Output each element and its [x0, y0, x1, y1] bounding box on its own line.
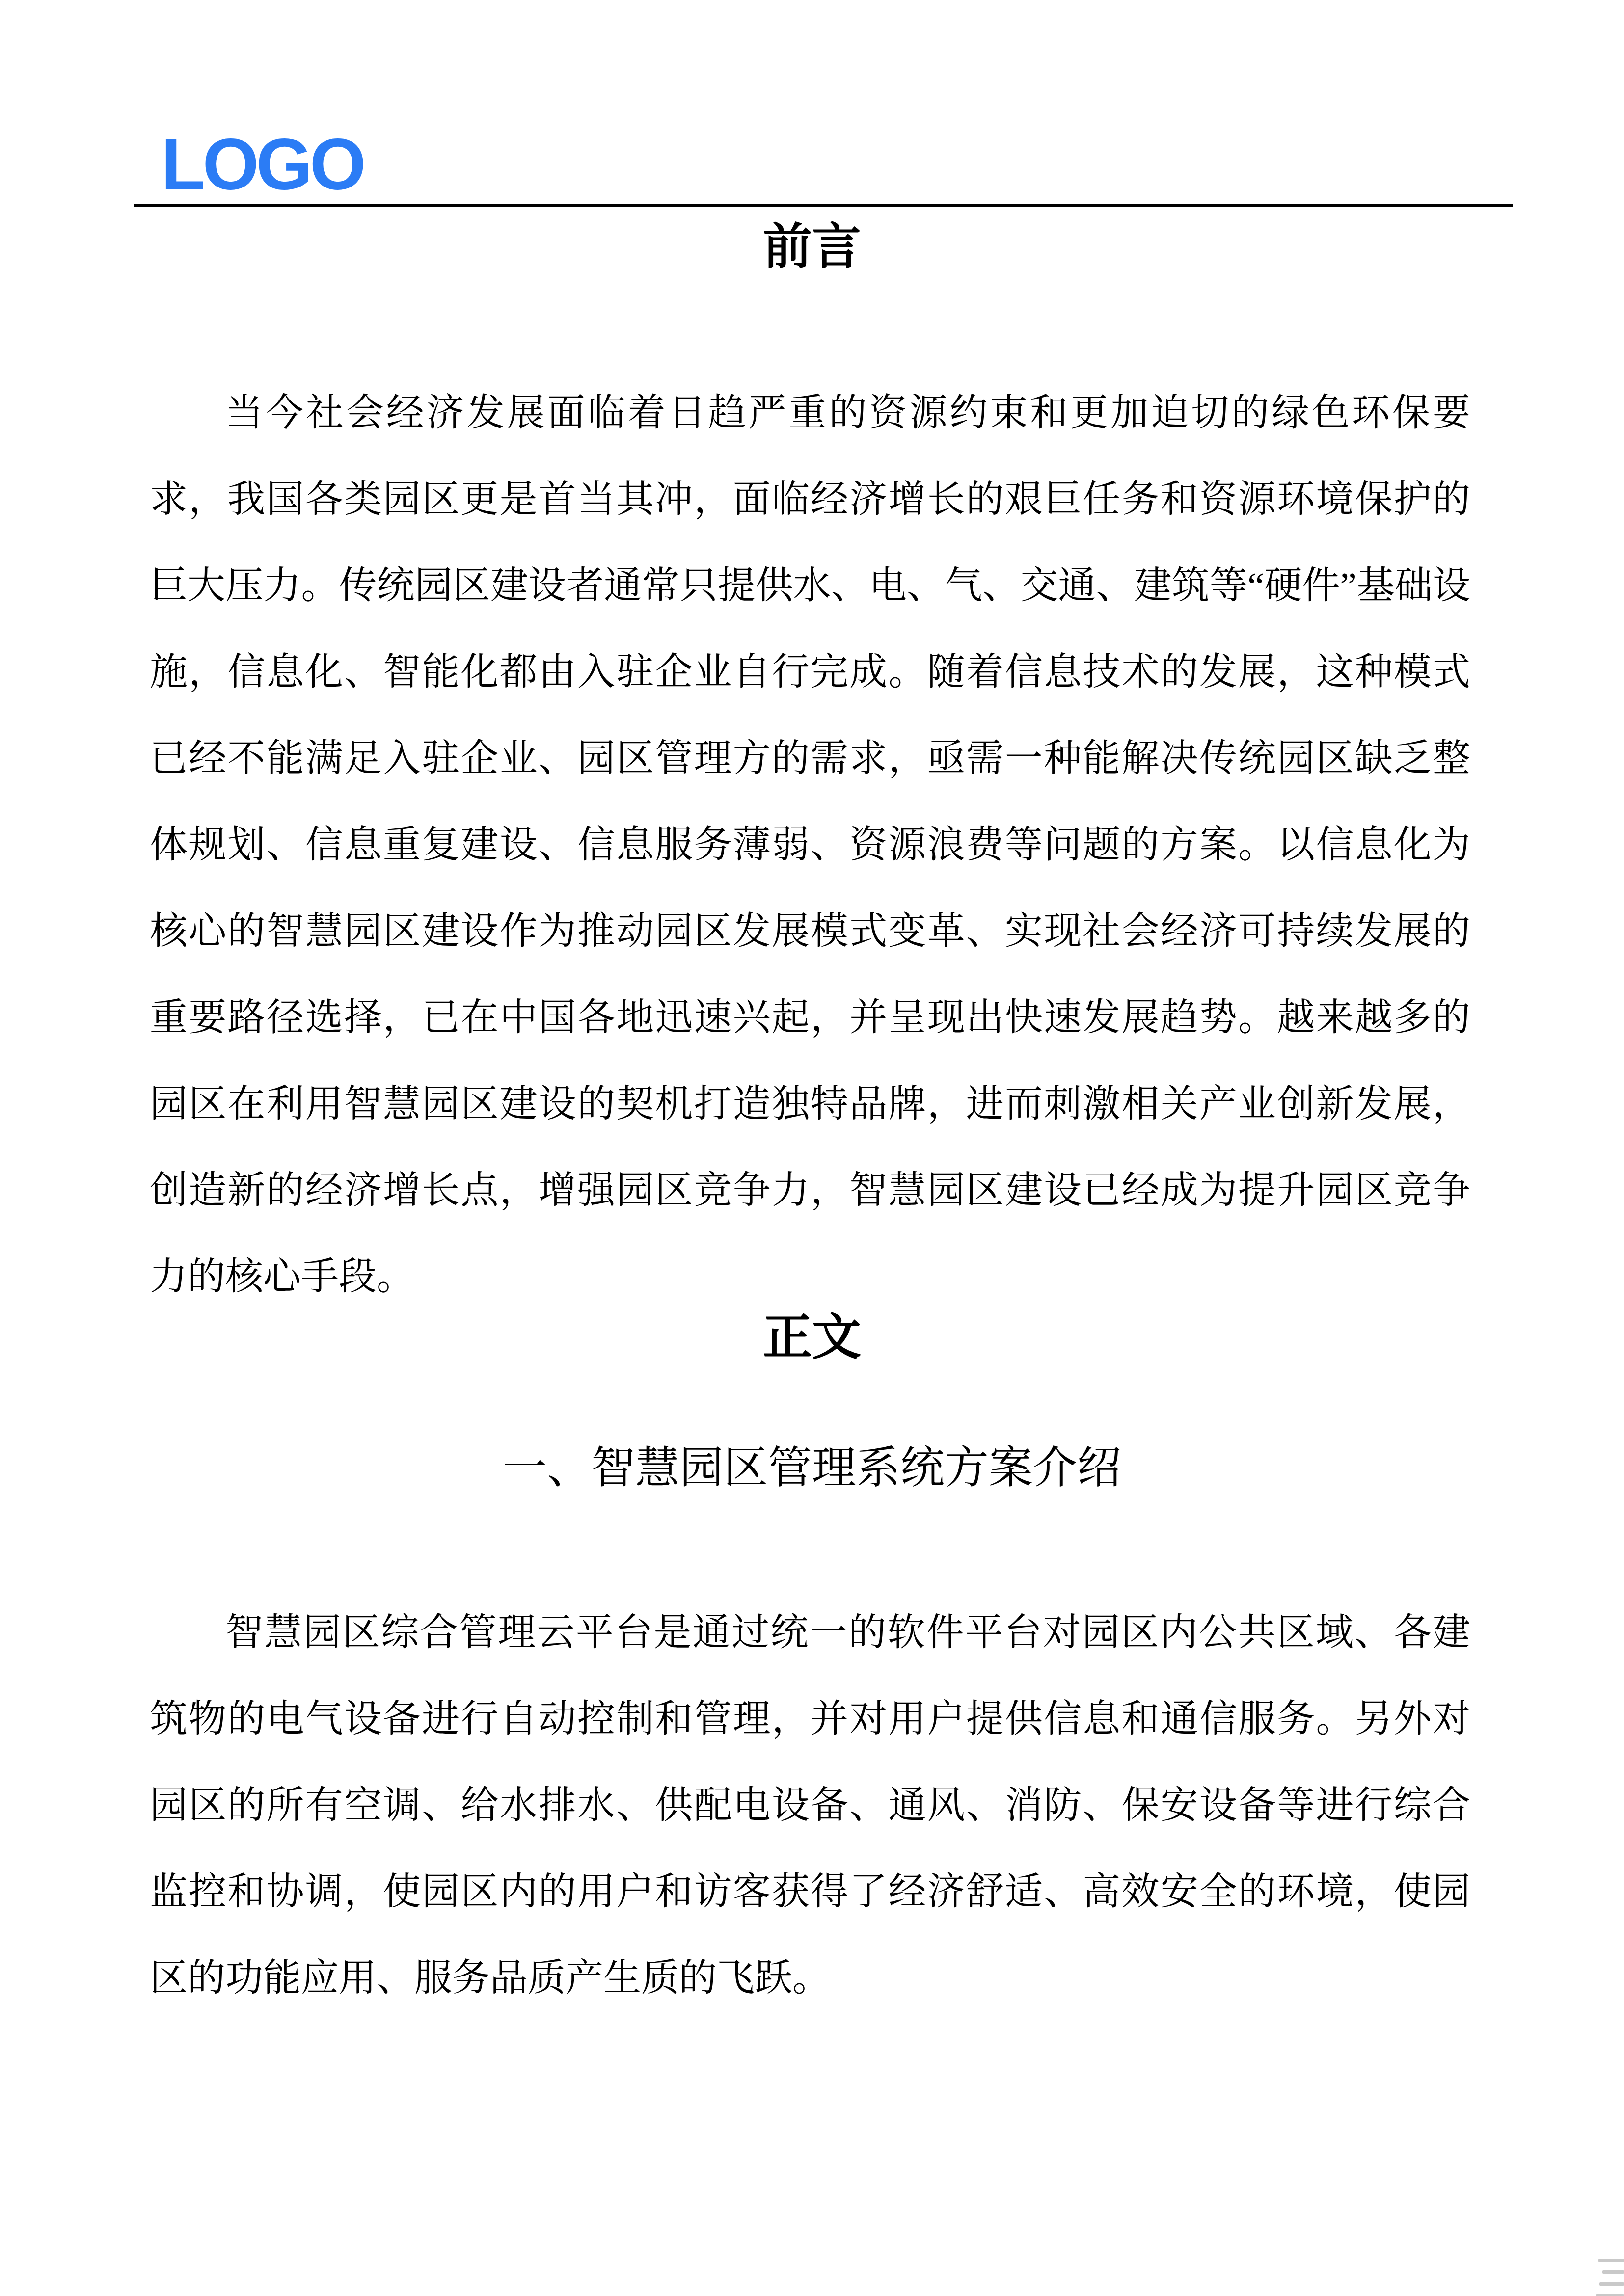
- document-page: LOGO 前言 当今社会经济发展面临着日趋严重的资源约束和更加迫切的绿色环保要求…: [0, 0, 1624, 2296]
- header-divider: [134, 204, 1513, 207]
- preface-title: 前言: [0, 220, 1624, 274]
- corner-faint-mark: [1595, 2250, 1624, 2296]
- section-heading: 一、智慧园区管理系统方案介绍: [0, 1443, 1624, 1494]
- preface-paragraph: 当今社会经济发展面临着日趋严重的资源约束和更加迫切的绿色环保要求，我国各类园区更…: [150, 370, 1470, 1320]
- main-title: 正文: [0, 1310, 1624, 1364]
- main-paragraph: 智慧园区综合管理云平台是通过统一的软件平台对园区内公共区域、各建筑物的电气设备进…: [150, 1589, 1470, 2021]
- logo-text: LOGO: [161, 129, 363, 201]
